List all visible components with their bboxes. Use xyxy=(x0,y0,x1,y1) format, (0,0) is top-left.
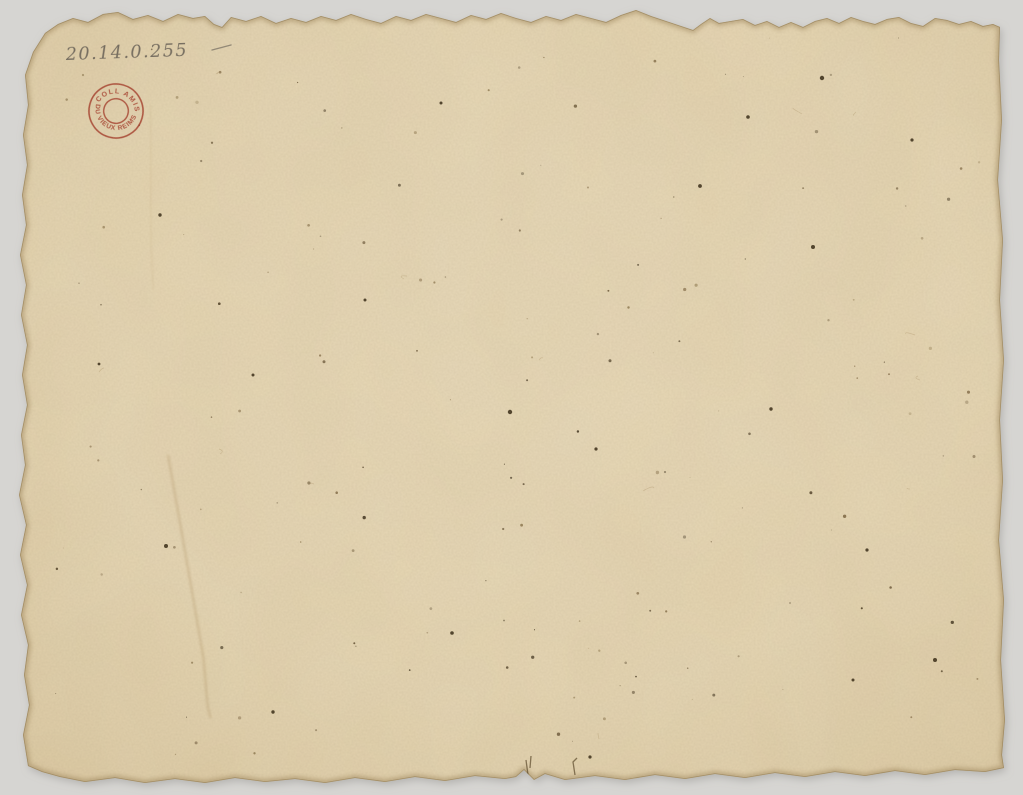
paper-surface xyxy=(0,0,1023,795)
digitized-paper-scan: 20.14.0.255 COLL AMIS DU VIEUX REIMS xyxy=(0,0,1023,795)
paper-texture-grain xyxy=(0,0,1023,795)
scan-canvas: 20.14.0.255 COLL AMIS DU VIEUX REIMS xyxy=(0,0,1023,795)
